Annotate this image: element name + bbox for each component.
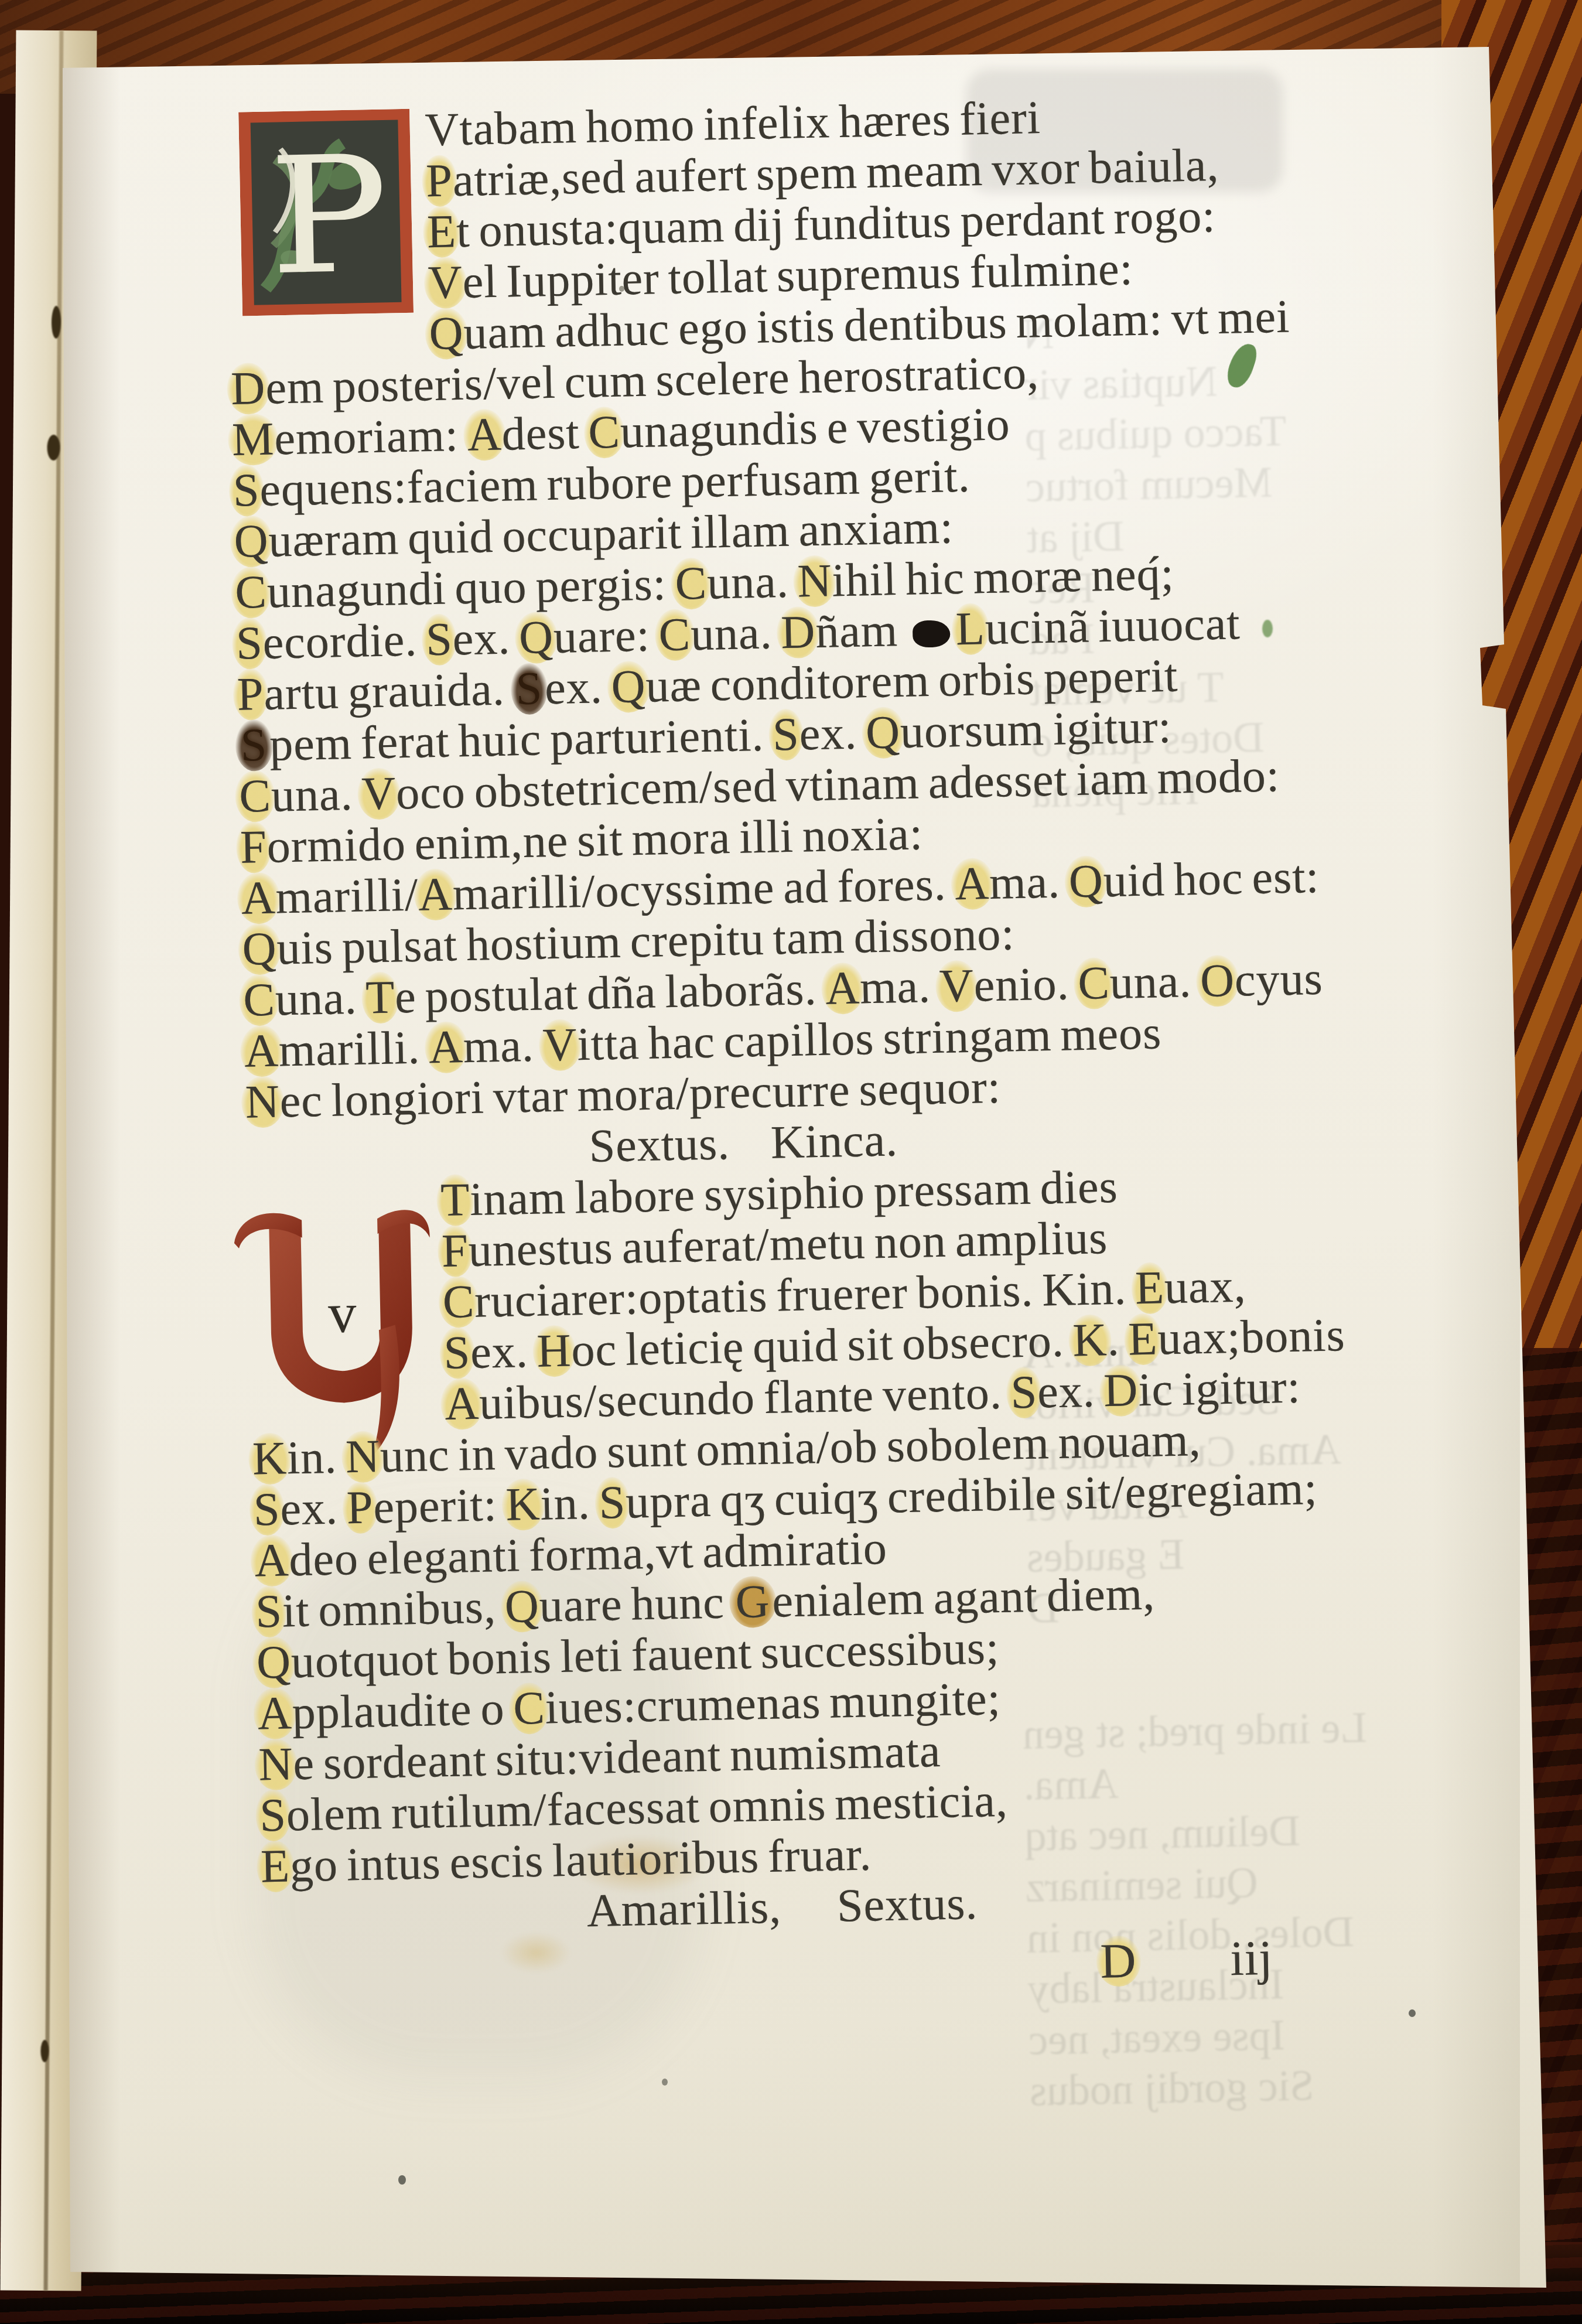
signature-numeral: iij [1230, 1933, 1274, 1984]
stanza-2: v Tinam labore sysiphio pressam diesFune… [247, 1154, 1544, 1893]
paper-speck [662, 2079, 668, 2086]
show-through-line: Ipse exeat, nec [1028, 2005, 1533, 2066]
show-through-line: Sic gordij nodus [1029, 2056, 1534, 2117]
speaker-name: Amarillis, [586, 1882, 782, 1937]
woodcut-initial-P: P [238, 109, 414, 316]
book-page: NNuptias virTacco quibus pMecum fortucDi… [56, 34, 1555, 2310]
stanza-1: P Vtabam homo infelix hæres fieriPatriæ,… [225, 83, 1528, 1128]
photo-of-incunable-page: { "palette": { "paper": "#f1ede1", "ink"… [0, 0, 1582, 2324]
paper-speck [398, 2175, 406, 2185]
text-block: P Vtabam homo infelix hæres fieriPatriæ,… [225, 83, 1546, 2004]
guide-letter: v [327, 1281, 357, 1344]
speaker-name: Sextus. [836, 1878, 978, 1932]
speaker-name: Kinca. [770, 1115, 898, 1168]
speaker-name: Sextus. [589, 1118, 730, 1172]
rubricated-initial-V: v [227, 1183, 436, 1391]
paper-speck [1409, 2009, 1416, 2017]
signature-letter: D [1096, 1935, 1141, 1987]
quire-signature: D iij [1100, 1927, 1546, 1987]
binding-crease [44, 30, 64, 2291]
